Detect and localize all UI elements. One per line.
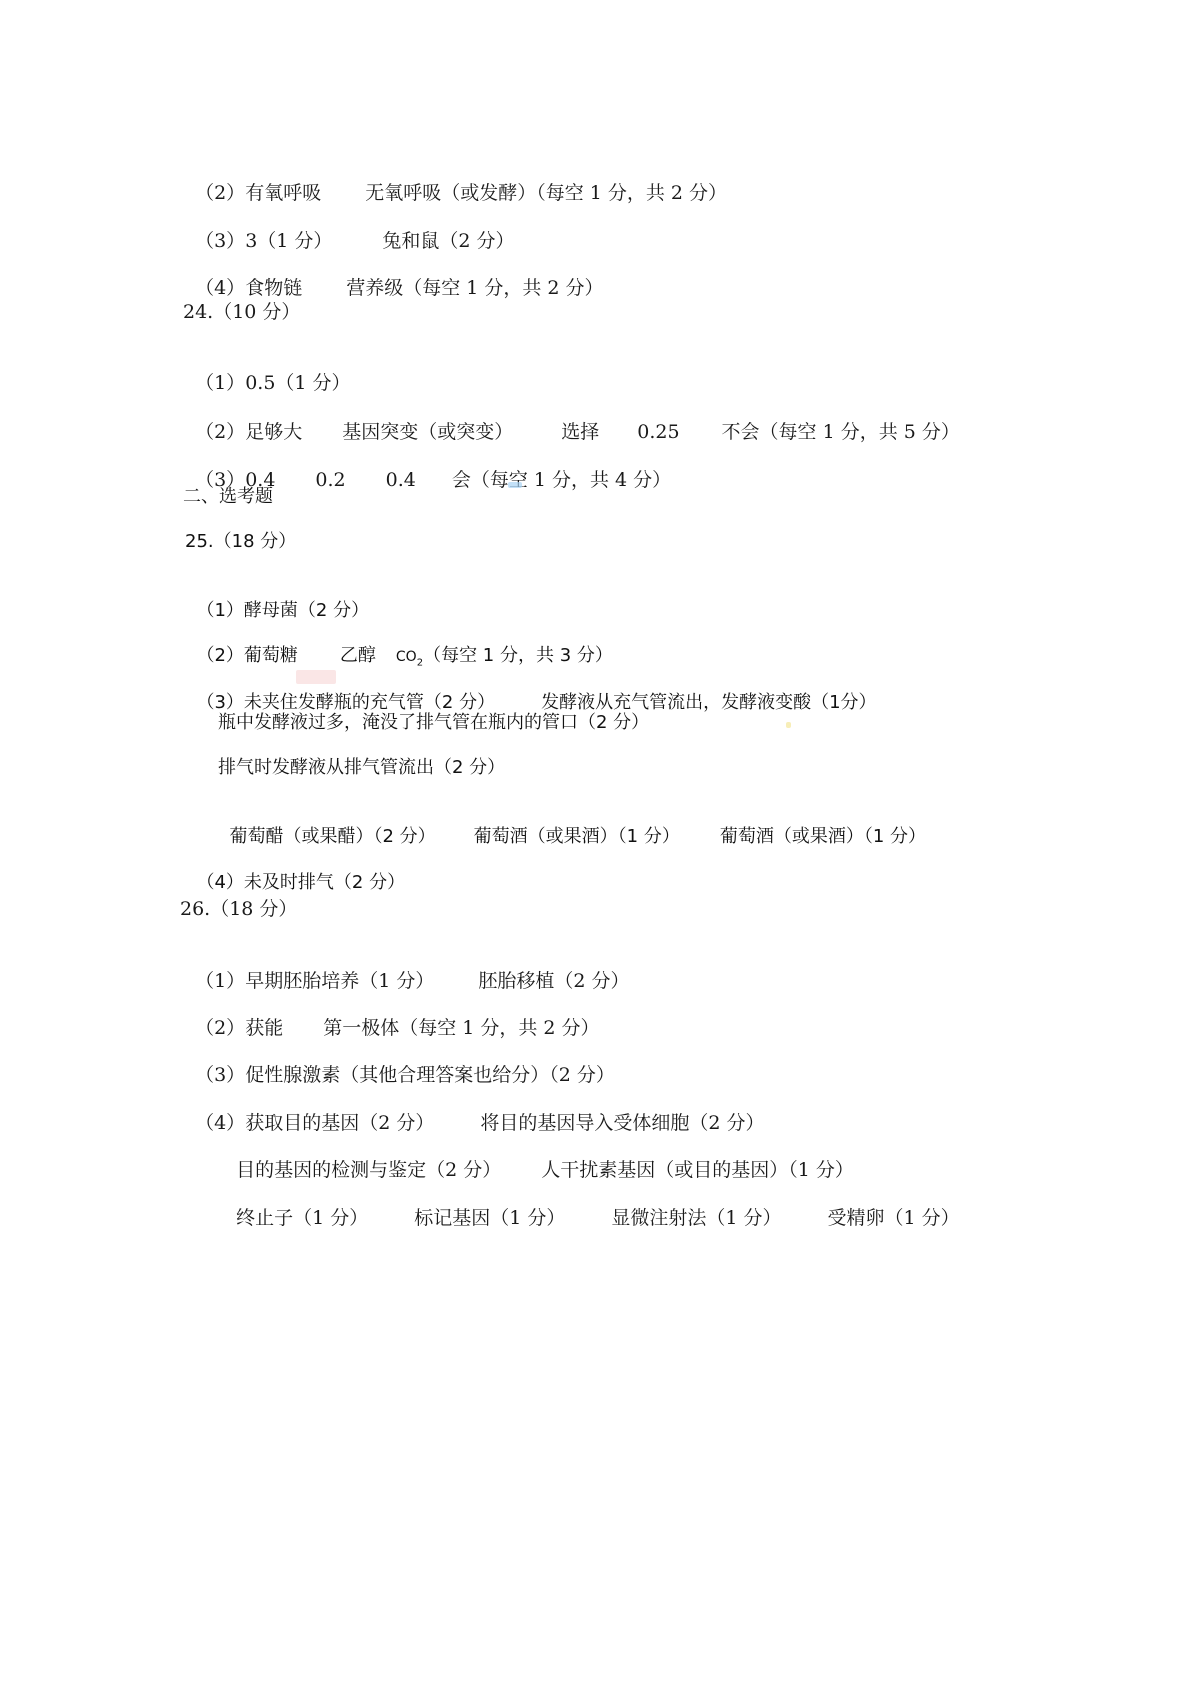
item-label: （4） xyxy=(195,277,245,299)
answer-text: 0.25 xyxy=(637,421,679,443)
answer-text: 标记基因（1 分） xyxy=(414,1207,565,1229)
question-24-header: 24.（10 分） xyxy=(183,300,300,324)
answer-text: 会（每空 1 分，共 4 分） xyxy=(452,469,671,491)
answer-text: 促性腺激素（其他合理答案也给分）（2 分） xyxy=(245,1064,615,1086)
scan-artifact xyxy=(508,482,522,488)
answer-text: 人干扰素基因（或目的基因）（1 分） xyxy=(541,1159,854,1181)
scan-artifact xyxy=(786,722,791,728)
answer-text: 受精卵（1 分） xyxy=(828,1207,960,1229)
answer-q26-4-line2: 目的基因的检测与鉴定（2 分）人干扰素基因（或目的基因）（1 分） xyxy=(224,1134,854,1182)
answer-text: 0.5（1 分） xyxy=(245,372,350,394)
answer-text: （每空 1 分，共 3 分） xyxy=(423,645,613,666)
scan-artifact xyxy=(296,670,336,684)
answer-text: 营养级（每空 1 分，共 2 分） xyxy=(346,277,603,299)
answer-text: 兔和鼠（2 分） xyxy=(382,230,514,252)
answer-text: 目的基因的检测与鉴定（2 分） xyxy=(236,1159,501,1181)
answer-text: 足够大 xyxy=(245,421,302,443)
answer-text: 显微注射法（1 分） xyxy=(611,1207,781,1229)
item-label: （4） xyxy=(195,1112,245,1134)
answer-text: 葡萄糖 xyxy=(244,645,298,666)
question-25-header: 25.（18 分） xyxy=(185,530,296,554)
item-label: （2） xyxy=(195,1017,245,1039)
answer-q25-4: （4）未及时排气（2 分） xyxy=(185,847,405,895)
answer-text: 0.4 xyxy=(386,469,416,491)
answer-text: 葡萄醋（或果醋）（2 分） xyxy=(229,826,435,847)
item-label: （3） xyxy=(195,230,245,252)
answer-text: 0.2 xyxy=(315,469,345,491)
item-label: （1） xyxy=(196,600,243,621)
answer-text: 不会（每空 1 分，共 5 分） xyxy=(722,421,960,443)
answer-q25-3: （3）未夹住发酵瓶的充气管（2 分）发酵液从充气管流出，发酵液变酸（1分） xyxy=(185,667,877,715)
answer-text: 发酵液从充气管流出，发酵液变酸（1分） xyxy=(541,692,876,713)
answer-text: 获取目的基因（2 分） xyxy=(245,1112,434,1134)
answer-q26-4: （4）获取目的基因（2 分）将目的基因导入受体细胞（2 分） xyxy=(183,1087,764,1135)
answer-text: 酵母菌（2 分） xyxy=(244,600,369,621)
answer-q23-4: （4）食物链营养级（每空 1 分，共 2 分） xyxy=(183,252,604,300)
question-26-header: 26.（18 分） xyxy=(180,897,297,921)
answer-q23-2: （2）有氧呼吸无氧呼吸（或发酵）（每空 1 分，共 2 分） xyxy=(183,157,727,205)
item-label: （4） xyxy=(196,872,243,893)
answer-q24-2: （2）足够大基因突变（或突变）选择0.25不会（每空 1 分，共 5 分） xyxy=(183,396,960,444)
answer-text: 葡萄酒（或果酒）（1 分） xyxy=(474,826,680,847)
answer-text: 有氧呼吸 xyxy=(245,182,321,204)
answer-text: 基因突变（或突变） xyxy=(342,421,513,443)
answer-text: 未及时排气（2 分） xyxy=(244,872,405,893)
answer-text: 葡萄酒（或果酒）（1 分） xyxy=(720,826,926,847)
answer-q23-3: （3）3（1 分）兔和鼠（2 分） xyxy=(183,205,515,253)
answer-text: 选择 xyxy=(561,421,599,443)
answer-text: 3（1 分） xyxy=(245,230,332,252)
answer-q25-3-line3: 排气时发酵液从排气管流出（2 分） xyxy=(218,756,505,780)
answer-text: 终止子（1 分） xyxy=(236,1207,368,1229)
item-label: （3） xyxy=(196,692,243,713)
answer-text: 乙醇 xyxy=(340,645,376,666)
answer-text: 第一极体（每空 1 分，共 2 分） xyxy=(323,1017,599,1039)
answer-text: 无氧呼吸（或发酵）（每空 1 分，共 2 分） xyxy=(365,182,727,204)
chemical-formula: CO xyxy=(396,649,417,665)
answer-q26-4-line3: 终止子（1 分）标记基因（1 分）显微注射法（1 分）受精卵（1 分） xyxy=(224,1182,960,1230)
answer-q26-2: （2）获能第一极体（每空 1 分，共 2 分） xyxy=(183,992,600,1040)
answer-text: 胚胎移植（2 分） xyxy=(478,970,629,992)
answer-q24-1: （1）0.5（1 分） xyxy=(183,347,351,395)
answer-q25-1: （1）酵母菌（2 分） xyxy=(185,575,369,623)
item-label: （3） xyxy=(195,1064,245,1086)
item-label: （2） xyxy=(195,421,245,443)
answer-text: 将目的基因导入受体细胞（2 分） xyxy=(480,1112,764,1134)
item-label: （2） xyxy=(195,182,245,204)
item-label: （1） xyxy=(195,372,245,394)
answer-text: 未夹住发酵瓶的充气管（2 分） xyxy=(244,692,495,713)
answer-q26-1: （1）早期胚胎培养（1 分）胚胎移植（2 分） xyxy=(183,945,629,993)
answer-text: 获能 xyxy=(245,1017,283,1039)
section-title: 二、选考题 xyxy=(183,485,273,509)
answer-q25-3-line4: 葡萄醋（或果醋）（2 分）葡萄酒（或果酒）（1 分）葡萄酒（或果酒）（1 分） xyxy=(218,801,926,849)
item-label: （1） xyxy=(195,970,245,992)
item-label: （2） xyxy=(196,645,243,666)
answer-q25-3-line2: 瓶中发酵液过多，淹没了排气管在瓶内的管口（2 分） xyxy=(218,711,649,735)
answer-q26-3: （3）促性腺激素（其他合理答案也给分）（2 分） xyxy=(183,1039,615,1087)
answer-text: 早期胚胎培养（1 分） xyxy=(245,970,434,992)
answer-text: 食物链 xyxy=(245,277,302,299)
